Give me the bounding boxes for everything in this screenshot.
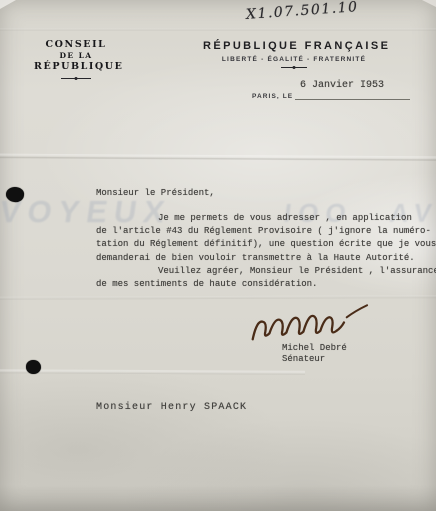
scanned-letter-page: VOYEUX IOO AV X1.07.501.10 CONSEIL DE LA… [0, 0, 436, 511]
divider-rule [61, 78, 91, 79]
letter-body: Je me permets de vous adresser , en appl… [96, 212, 436, 291]
letterhead-institution-block: CONSEIL DE LA RÉPUBLIQUE [34, 39, 118, 79]
fold-crease [0, 28, 436, 31]
letterhead-republic-block: RÉPUBLIQUE FRANÇAISE LIBERTÉ - ÉGALITÉ -… [203, 40, 385, 68]
body-line: demanderai de bien vouloir transmettre à… [96, 252, 436, 265]
punch-hole [26, 360, 41, 374]
place-date-line: PARIS, LE [252, 92, 410, 100]
body-line: tation du Réglement définitif), une ques… [96, 238, 436, 251]
body-line: Veuillez agréer, Monsieur le Président ,… [158, 265, 436, 278]
fold-crease [0, 154, 436, 162]
typed-date: 6 Janvier I953 [300, 80, 384, 91]
signature-scrawl [245, 298, 385, 349]
body-line: Je me permets de vous adresser , en appl… [158, 212, 436, 225]
fold-crease [0, 369, 305, 375]
handwritten-archive-reference: X1.07.501.10 [246, 0, 359, 23]
salutation: Monsieur le Président, [96, 188, 215, 198]
institution-name-line: RÉPUBLIQUE [34, 61, 118, 73]
signer-name: Michel Debré [282, 343, 347, 353]
republic-motto: LIBERTÉ - ÉGALITÉ - FRATERNITÉ [203, 56, 385, 63]
republic-title: RÉPUBLIQUE FRANÇAISE [203, 40, 385, 52]
place-label: PARIS, LE [252, 93, 293, 100]
scan-shadow [0, 485, 436, 511]
body-line: de mes sentiments de haute considération… [96, 278, 436, 291]
institution-name-line: DE LA [34, 51, 118, 61]
body-line: de l'article #43 du Réglement Provisoire… [96, 225, 436, 238]
divider-rule [281, 67, 307, 68]
signer-title: Sénateur [282, 354, 325, 364]
scan-corner-artifact [422, 0, 436, 7]
scan-corner-artifact [0, 0, 16, 9]
recipient-line: Monsieur Henry SPAACK [96, 402, 247, 413]
institution-name-line: CONSEIL [34, 39, 118, 51]
blank-rule-line [295, 92, 410, 100]
